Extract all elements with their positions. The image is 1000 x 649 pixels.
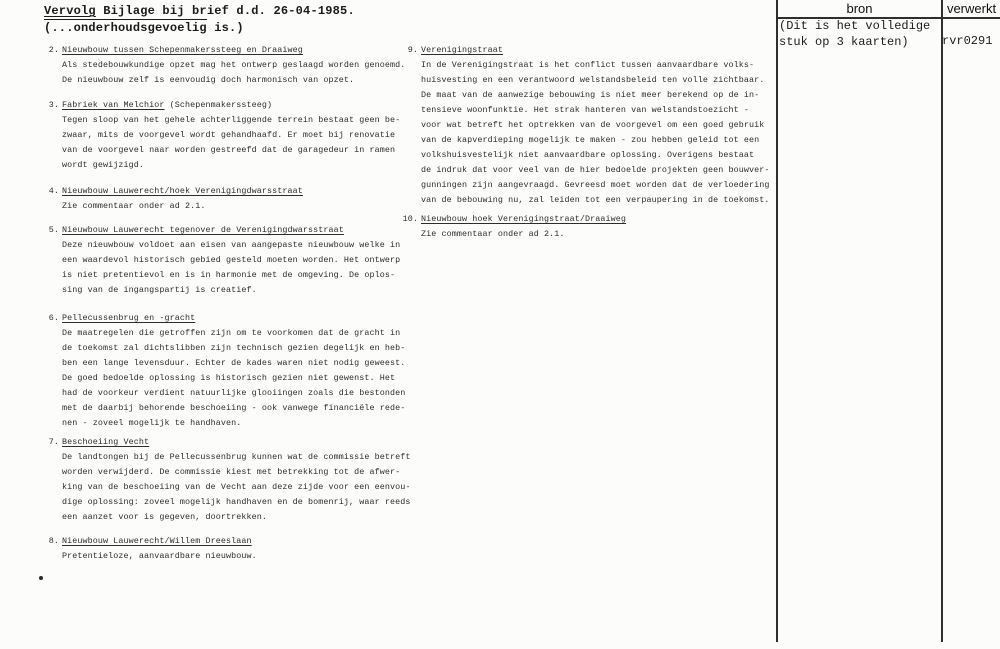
item-text-line: dige oplossing: zoveel mogelijk handhave… <box>62 495 411 510</box>
item-heading: Nieuwbouw Lauwerecht tegenover de Vereni… <box>62 225 344 235</box>
item-number: 10. <box>399 212 418 227</box>
item-text-line: De maat van de aanwezige bebouwing is ni… <box>421 88 770 103</box>
register-bron-note-line2: stuk op 3 kaarten) <box>779 35 930 51</box>
item-text-line: Zie commentaar onder ad 2.1. <box>421 227 626 242</box>
item-heading: Verenigingstraat <box>421 45 503 55</box>
item-number: 2. <box>45 43 59 58</box>
item-text-line: ben een lange levensduur. Echter de kade… <box>62 356 405 371</box>
item-heading-line: 7.Beschoeiing Vecht <box>62 435 411 450</box>
document-title-line2: (...onderhoudsgevoelig is.) <box>44 19 355 36</box>
item-text-line: Zie commentaar onder ad 2.1. <box>62 199 303 214</box>
item-text-line: worden verwijderd. De commissie kiest me… <box>62 465 411 480</box>
item-text-line: Tegen sloop van het gehele achterliggend… <box>62 113 400 128</box>
item-text-line: Als stedebouwkundige opzet mag het ontwe… <box>62 58 405 73</box>
register-column-divider-right <box>941 0 943 642</box>
list-item-2: 2.Nieuwbouw tussen Schepenmakerssteeg en… <box>45 43 405 88</box>
item-heading-line: 8.Nieuwbouw Lauwerecht/Willem Dreeslaan <box>62 534 257 549</box>
title-line2-overlined: (...onderhoudsgevoelig <box>44 19 207 36</box>
document-title: Vervolg Bijlage bij brief d.d. 26-04-198… <box>44 3 355 36</box>
item-text-line: is niet pretentievol en is in harmonie m… <box>62 268 400 283</box>
item-text-line: een aanzet voor is gegeven, doortrekken. <box>62 510 411 525</box>
item-text-line: met de daarbij behorende beschoeiing - o… <box>62 401 405 416</box>
scanned-document-page: Vervolg Bijlage bij brief d.d. 26-04-198… <box>0 0 1000 649</box>
item-text-line: gunningen zijn aangevraagd. Gevreesd moe… <box>421 178 770 193</box>
item-text-line: De landtongen bij de Pellecussenbrug kun… <box>62 450 411 465</box>
item-heading: Nieuwbouw Lauwerecht/Willem Dreeslaan <box>62 536 252 546</box>
item-text-line: tensieve woonfunktie. Het strak hanteren… <box>421 103 770 118</box>
title-line2-rest: is.) <box>207 21 244 35</box>
item-heading-line: 3.Fabriek van Melchior (Schepenmakersste… <box>62 98 400 113</box>
item-heading-line: 10.Nieuwbouw hoek Verenigingstraat/Draai… <box>421 212 626 227</box>
item-text-line: De goed bedoelde oplossing is historisch… <box>62 371 405 386</box>
item-number: 4. <box>45 184 59 199</box>
ink-dot-artifact <box>39 576 43 580</box>
item-number: 8. <box>45 534 59 549</box>
item-heading: Fabriek van Melchior <box>62 100 165 110</box>
item-text-line: Pretentieloze, aanvaardbare nieuwbouw. <box>62 549 257 564</box>
list-item-10: 10.Nieuwbouw hoek Verenigingstraat/Draai… <box>399 212 626 242</box>
item-number: 3. <box>45 98 59 113</box>
item-text-line: de indruk dat voor veel van de hier bedo… <box>421 163 770 178</box>
item-text-line: nen - zoveel mogelijk te handhaven. <box>62 416 405 431</box>
document-title-line1: Vervolg Bijlage bij brief d.d. 26-04-198… <box>44 3 355 19</box>
item-text-line: huisvesting en een verantwoord welstands… <box>421 73 770 88</box>
register-verwerkt-code: rvr0291 <box>942 34 992 48</box>
list-item-5: 5.Nieuwbouw Lauwerecht tegenover de Vere… <box>45 223 400 298</box>
item-heading: Beschoeiing Vecht <box>62 437 149 447</box>
item-number: 5. <box>45 223 59 238</box>
list-item-7: 7.Beschoeiing Vecht De landtongen bij de… <box>45 435 411 525</box>
item-text-line: de toekomst zal dichtslibben zijn techni… <box>62 341 405 356</box>
item-text-line: zwaar, mits de voorgevel wordt gehandhaa… <box>62 128 400 143</box>
item-text-line: van de voorgevel naar worden gestreefd d… <box>62 143 400 158</box>
title-rest: Bijlage bij brief d.d. 26-04-1985. <box>96 4 355 18</box>
list-item-8: 8.Nieuwbouw Lauwerecht/Willem Dreeslaan … <box>45 534 257 564</box>
item-heading: Nieuwbouw hoek Verenigingstraat/Draaiweg <box>421 214 626 224</box>
list-item-6: 6.Pellecussenbrug en -gracht De maatrege… <box>45 311 405 431</box>
item-number: 7. <box>45 435 59 450</box>
item-text-line: van de kapverdieping mogelijk te maken -… <box>421 133 770 148</box>
item-heading-line: 5.Nieuwbouw Lauwerecht tegenover de Vere… <box>62 223 400 238</box>
item-heading-line: 6.Pellecussenbrug en -gracht <box>62 311 405 326</box>
register-bron-note-line1: (Dit is het volledige <box>779 19 930 35</box>
list-item-4: 4.Nieuwbouw Lauwerecht/hoek Verenigingdw… <box>45 184 303 214</box>
list-item-9: 9.Verenigingstraat In de Verenigingstraa… <box>399 43 770 208</box>
register-bron-note: (Dit is het volledige stuk op 3 kaarten) <box>779 19 930 50</box>
item-heading-line: 4.Nieuwbouw Lauwerecht/hoek Verenigingdw… <box>62 184 303 199</box>
register-header-bron: bron <box>778 1 941 16</box>
title-underlined-word: Vervolg <box>44 4 96 18</box>
item-text-line: wordt gewijzigd. <box>62 158 400 173</box>
register-header-verwerkt: verwerkt <box>943 1 1000 16</box>
item-text-line: In de Verenigingstraat is het conflict t… <box>421 58 770 73</box>
item-number: 9. <box>399 43 418 58</box>
item-heading: Pellecussenbrug en -gracht <box>62 313 195 323</box>
item-text-line: had de voorkeur verdient natuurlijke glo… <box>62 386 405 401</box>
item-text-line: king van de beschoeiing van de Vecht aan… <box>62 480 411 495</box>
item-heading: Nieuwbouw Lauwerecht/hoek Verenigingdwar… <box>62 186 303 196</box>
item-text-line: volkshuisvestelijk niet aanvaardbare opl… <box>421 148 770 163</box>
item-text-line: sing van de ingangspartij is creatief. <box>62 283 400 298</box>
item-heading-suffix: (Schepenmakerssteeg) <box>165 100 273 110</box>
item-heading: Nieuwbouw tussen Schepenmakerssteeg en D… <box>62 45 303 55</box>
item-text-line: Deze nieuwbouw voldoet aan eisen van aan… <box>62 238 400 253</box>
list-item-3: 3.Fabriek van Melchior (Schepenmakersste… <box>45 98 400 173</box>
item-text-line: De maatregelen die getroffen zijn om te … <box>62 326 405 341</box>
item-number: 6. <box>45 311 59 326</box>
item-text-line: De nieuwbouw zelf is eenvoudig doch harm… <box>62 73 405 88</box>
item-text-line: van de bebouwing nu, zal leiden tot een … <box>421 193 770 208</box>
item-text-line: voor wat betreft het optrekken van de vo… <box>421 118 770 133</box>
register-column-divider-left <box>776 0 778 642</box>
item-heading-line: 2.Nieuwbouw tussen Schepenmakerssteeg en… <box>62 43 405 58</box>
item-text-line: een waardevol historisch gebied gesteld … <box>62 253 400 268</box>
item-heading-line: 9.Verenigingstraat <box>421 43 770 58</box>
